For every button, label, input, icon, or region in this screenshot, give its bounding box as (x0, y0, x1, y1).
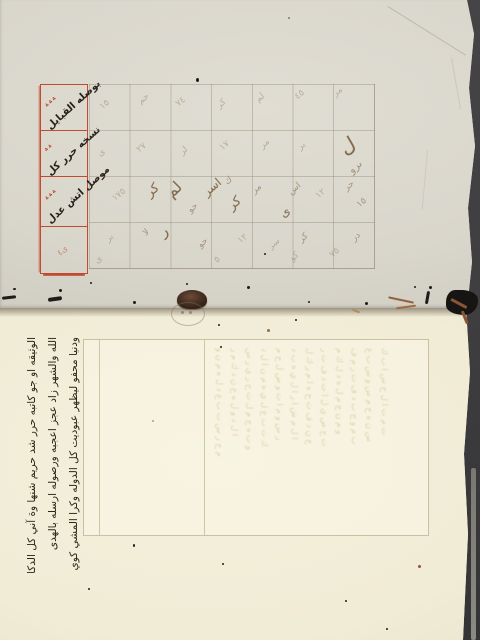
bleed-text-column: ا ل د و ل ه ع ن د ك م ر (225, 348, 239, 529)
ink-dot (418, 565, 421, 568)
seal-ghost-dot (181, 311, 184, 314)
ink-dot (295, 319, 297, 321)
manuscript-photo: بوصله القبايل؞؞؞نسخه حرر كل؞؞موصل اتش عد… (0, 0, 480, 640)
ink-dot (90, 282, 92, 284)
marginal-note-line: الله والشهر زاد عجز اعجبه ورصوله ارسله ب… (43, 337, 64, 533)
ink-dot (88, 588, 90, 590)
ink-dot (186, 283, 188, 285)
bleed-text-column: ب م و ج ب د ف ت ر م ف (345, 348, 359, 529)
ink-dot (218, 324, 220, 326)
top-page: بوصله القبايل؞؞؞نسخه حرر كل؞؞موصل اتش عد… (0, 0, 480, 309)
bleed-text-column: و م ن ج م ل ه ذ ل ك م (330, 348, 344, 529)
ink-dot (59, 289, 62, 292)
cell-red-accent: ى٤ (55, 244, 69, 258)
ink-dot (196, 78, 199, 82)
bleed-text-column: ك ت ب ع ل ي ه م ن ا ل د (255, 348, 269, 529)
ink-dot (386, 628, 388, 630)
ink-bleedthrough-text: م ح ر س ت ب ع د ل ه م ن وا ل د و ل ه ع ن… (210, 348, 392, 529)
bleed-text-column: م ح ر س ت ب ع د ل ه م ن و (210, 348, 224, 529)
red-table-cell: موصل اتش عدل؞؞؞ (41, 177, 87, 227)
bleed-text-column: ت ح ص ي ل ا ت د ف ت ر (315, 348, 329, 529)
ink-dot (133, 544, 135, 547)
pencil-ledger-grid (89, 84, 375, 269)
ink-dot (267, 329, 270, 332)
red-table-cell: نسخه حرر كل؞؞ (41, 131, 87, 177)
bleed-text-column: س ن ه خ م س و س ب ع (360, 348, 374, 529)
crease-line (387, 6, 466, 56)
bleed-text-column: ع ن د ف ت ح ه ا م ر ك ل (300, 348, 314, 529)
seal-impression-ghost (171, 302, 205, 326)
ink-dot (247, 286, 250, 289)
bleed-text-column: و ب ه ج م ل ت ح ر ي ر س (240, 348, 254, 529)
bottom-page: م ح ر س ت ب ع د ل ه م ن وا ل د و ل ه ع ن… (0, 308, 472, 640)
seal-ghost-dot (189, 311, 192, 314)
ruled-text-frame: م ح ر س ت ب ع د ل ه م ن وا ل د و ل ه ع ن… (83, 339, 429, 536)
ink-dot (308, 301, 310, 303)
cell-red-accent: ؞؞؞ (44, 95, 60, 111)
ink-dot (345, 600, 347, 602)
ink-dot (288, 17, 290, 19)
crease-line (422, 150, 428, 210)
ink-dot (152, 420, 154, 422)
ink-dot (220, 346, 222, 348)
bleed-text-column: ا ل م ش ا ر ا ل ي ه ب د (285, 348, 299, 529)
cell-red-accent: ؞؞ (43, 143, 56, 156)
ink-dot (13, 288, 16, 290)
red-table-cell: ى٤ (41, 227, 87, 269)
page-junction-shadow (0, 308, 472, 317)
ink-dot (222, 563, 224, 565)
red-ruled-table: بوصله القبايل؞؞؞نسخه حرر كل؞؞موصل اتش عد… (40, 84, 88, 274)
cell-red-accent: ؞؞؞ (44, 188, 60, 204)
ink-dot (133, 301, 136, 304)
marginal-note-line: ودنيا محفو ليظهر عبوديت كل الدوله وكرا ا… (64, 337, 85, 533)
bleed-text-column: ت م ت ا ل ح س ا ب ك (375, 348, 389, 529)
marginal-note: الوثيقه او جو كاتبه حرر شد حريم شنها وة … (22, 337, 86, 533)
ink-dot (365, 302, 368, 305)
crease-line (451, 58, 461, 109)
frame-divider (99, 340, 100, 535)
bleed-text-column: ر س و م ا ت و ص ل ح م (270, 348, 284, 529)
ink-dot (264, 253, 266, 255)
red-table-cell: بوصله القبايل؞؞؞ (41, 85, 87, 131)
page-edge-highlight (471, 468, 476, 640)
frame-divider (204, 340, 205, 535)
ink-stroke (429, 286, 432, 289)
ink-dot (414, 286, 416, 288)
marginal-note-line: الوثيقه او جو كاتبه حرر شد حريم شنها وة … (22, 337, 43, 533)
